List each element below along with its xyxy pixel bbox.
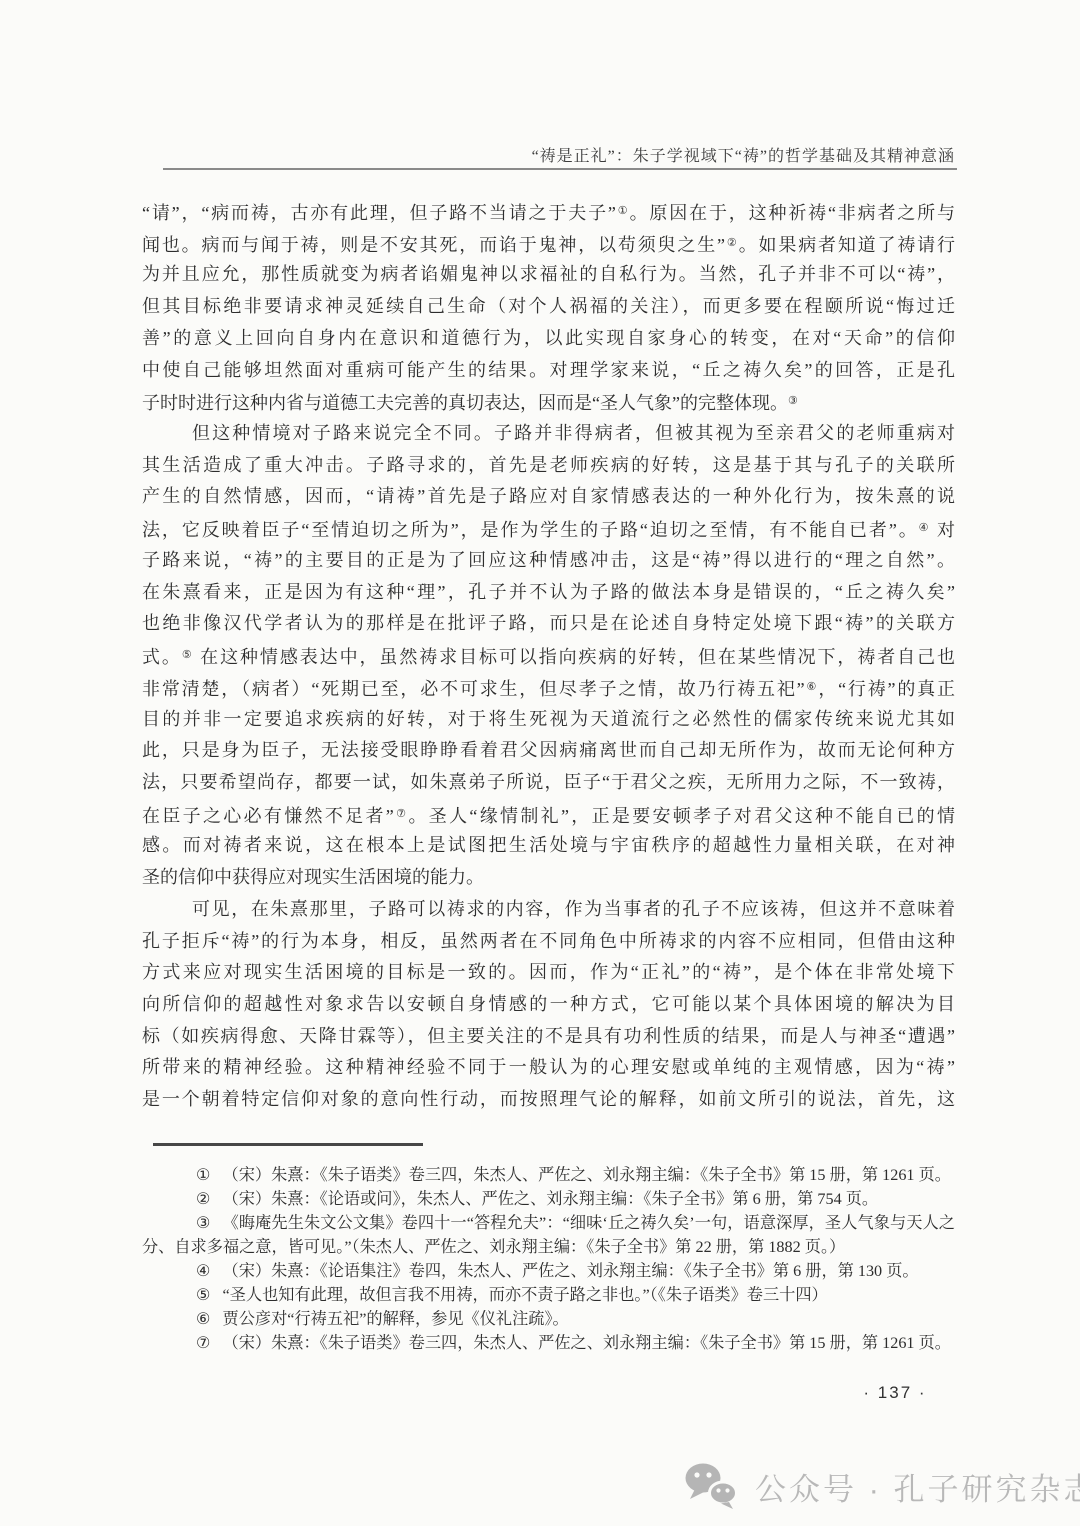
footnote-item: ①（宋）朱熹：《朱子语类》卷三四，朱杰人、严佐之、刘永翔主编：《朱子全书》第 1… bbox=[142, 1163, 955, 1187]
footnote-marker: ⑤ bbox=[196, 1286, 211, 1304]
body-line: 子时时进行这种内省与道德工夫完善的真切表达，因而是“圣人气象”的完整体现。③ bbox=[142, 386, 955, 418]
body-line: 感。而对祷者来说，这在根本上是试图把生活处境与宇宙秩序的超越性力量相关联，在对神 bbox=[142, 830, 955, 862]
header-rule bbox=[163, 168, 957, 170]
footnote-separator bbox=[153, 1143, 423, 1146]
footnote-marker: ① bbox=[196, 1166, 211, 1184]
body-line: 闻也。病而与闻于祷，则是不安其死，而谄于鬼神，以苟须臾之生”②。如果病者知道了祷… bbox=[142, 228, 955, 260]
body-line: 向所信仰的超越性对象求告以安顿自身情感的一种方式，它可能以某个具体困境的解决为目 bbox=[142, 989, 955, 1021]
footnote-text: 《晦庵先生朱文公文集》卷四十一“答程允夫”：“细味‘丘之祷久矣’一句，语意深厚，… bbox=[142, 1214, 955, 1256]
body-line: 是一个朝着特定信仰对象的意向性行动，而按照理气论的解释，如前文所引的说法，首先，… bbox=[142, 1084, 955, 1116]
body-line: 标（如疾病得愈、天降甘霖等），但主要关注的不是具有功利性质的结果，而是人与神圣“… bbox=[142, 1021, 955, 1053]
footnote-item: ④（宋）朱熹：《论语集注》卷四，朱杰人、严佐之、刘永翔主编：《朱子全书》第 6 … bbox=[142, 1259, 955, 1283]
body-line: 在朱熹看来，正是因为有这种“理”，孔子并不认为子路的做法本身是错误的，“丘之祷久… bbox=[142, 577, 955, 609]
footnote-marker: ② bbox=[196, 1190, 211, 1208]
body-line: 圣的信仰中获得应对现实生活困境的能力。 bbox=[142, 862, 955, 894]
watermark-label: 公众号 · 孔子研究杂志 bbox=[755, 1464, 1080, 1509]
footnote-text: “圣人也知有此理，故但言我不用祷，而亦不责子路之非也。”（《朱子语类》卷三十四） bbox=[223, 1286, 828, 1304]
body-line: 其生活造成了重大冲击。子路寻求的，首先是老师疾病的好转，这是基于其与孔子的关联所 bbox=[142, 450, 955, 482]
body-line: 但其目标绝非要请求神灵延续自己生命（对个人祸福的关注），而更多要在程颐所说“悔过… bbox=[142, 291, 955, 323]
body-line: 方式来应对现实生活困境的目标是一致的。因而，作为“正礼”的“祷”，是个体在非常处… bbox=[142, 957, 955, 989]
body-line: 产生的自然情感，因而，“请祷”首先是子路应对自家情感表达的一种外化行为，按朱熹的… bbox=[142, 481, 955, 513]
body-line: 非常清楚，（病者）“死期已至，必不可求生，但尽孝子之情，故乃行祷五祀”⑥，“行祷… bbox=[142, 672, 955, 704]
body-line: 也绝非像汉代学者认为的那样是在批评子路，而只是在论述自身特定处境下跟“祷”的关联… bbox=[142, 608, 955, 640]
body-line: 目的并非一定要追求疾病的好转，对于将生死视为天道流行之必然性的儒家传统来说尤其如 bbox=[142, 704, 955, 736]
body-line: 此，只是身为臣子，无法接受眼睁睁看着君父因病痛离世而自己却无所作为，故而无论何种… bbox=[142, 735, 955, 767]
body-line: 可见，在朱熹那里，子路可以祷求的内容，作为当事者的孔子不应该祷，但这并不意味着 bbox=[142, 894, 955, 926]
wechat-icon bbox=[682, 1462, 740, 1510]
body-line: 孔子拒斥“祷”的行为本身，相反，虽然两者在不同角色中所祷求的内容不应相同，但借由… bbox=[142, 926, 955, 958]
body-line: 式。⑤ 在这种情感表达中，虽然祷求目标可以指向疾病的好转，但在某些情况下，祷者自… bbox=[142, 640, 955, 672]
footnote-marker: ④ bbox=[196, 1262, 211, 1280]
footnote-item: ③《晦庵先生朱文公文集》卷四十一“答程允夫”：“细味‘丘之祷久矣’一句，语意深厚… bbox=[142, 1211, 955, 1259]
body-line: 为并且应允，那性质就变为病者谄媚鬼神以求福祉的自私行为。当然，孔子并非不可以“祷… bbox=[142, 259, 955, 291]
footnote-text: （宋）朱熹：《论语集注》卷四，朱杰人、严佐之、刘永翔主编：《朱子全书》第 6 册… bbox=[223, 1262, 919, 1280]
footnote-item: ⑦（宋）朱熹：《朱子语类》卷三四，朱杰人、严佐之、刘永翔主编：《朱子全书》第 1… bbox=[142, 1331, 955, 1355]
footnote-text: （宋）朱熹：《论语或问》，朱杰人、严佐之、刘永翔主编：《朱子全书》第 6 册，第… bbox=[223, 1190, 879, 1208]
body-line: 法，它反映着臣子“至情迫切之所为”，是作为学生的子路“迫切之至情，有不能自已者”… bbox=[142, 513, 955, 545]
body-line: 中使自己能够坦然面对重病可能产生的结果。对理学家来说，“丘之祷久矣”的回答，正是… bbox=[142, 355, 955, 387]
body-line: 但这种情境对子路来说完全不同。子路并非得病者，但被其视为至亲君父的老师重病对 bbox=[142, 418, 955, 450]
body-line: 所带来的精神经验。这种精神经验不同于一般认为的心理安慰或单纯的主观情感，因为“祷… bbox=[142, 1052, 955, 1084]
body-line: “请”，“病而祷，古亦有此理，但子路不当请之于夫子”①。原因在于，这种祈祷“非病… bbox=[142, 196, 955, 228]
footnote-list: ①（宋）朱熹：《朱子语类》卷三四，朱杰人、严佐之、刘永翔主编：《朱子全书》第 1… bbox=[142, 1163, 955, 1355]
footnote-marker: ③ bbox=[196, 1214, 211, 1232]
body-line: 子路来说，“祷”的主要目的正是为了回应这种情感冲击，这是“祷”得以进行的“理之自… bbox=[142, 545, 955, 577]
footnote-text: （宋）朱熹：《朱子语类》卷三四，朱杰人、严佐之、刘永翔主编：《朱子全书》第 15… bbox=[223, 1334, 951, 1352]
document-page: “祷是正礼”：朱子学视域下“祷”的哲学基础及其精神意涵 “请”，“病而祷，古亦有… bbox=[0, 0, 1080, 1526]
footnote-marker: ⑥ bbox=[196, 1310, 211, 1328]
footnote-marker: ⑦ bbox=[196, 1334, 211, 1352]
footnote-text: 贾公彦对“行祷五祀”的解释，参见《仪礼注疏》。 bbox=[223, 1310, 569, 1328]
footnote-item: ⑥贾公彦对“行祷五祀”的解释，参见《仪礼注疏》。 bbox=[142, 1307, 955, 1331]
body-line: 法，只要希望尚存，都要一试，如朱熹弟子所说，臣子“于君父之疾，无所用力之际，不一… bbox=[142, 767, 955, 799]
footnote-text: （宋）朱熹：《朱子语类》卷三四，朱杰人、严佐之、刘永翔主编：《朱子全书》第 15… bbox=[223, 1166, 951, 1184]
body-line: 善”的意义上回向自身内在意识和道德行为，以此实现自家身心的转变，在对“天命”的信… bbox=[142, 323, 955, 355]
running-header-title: “祷是正礼”：朱子学视域下“祷”的哲学基础及其精神意涵 bbox=[142, 143, 955, 166]
body-line: 在臣子之心必有慊然不足者”⑦。圣人“缘情制礼”，正是要安顿孝子对君父这种不能自已… bbox=[142, 799, 955, 831]
page-number: · 137 · bbox=[845, 1383, 945, 1403]
footnote-item: ②（宋）朱熹：《论语或问》，朱杰人、严佐之、刘永翔主编：《朱子全书》第 6 册，… bbox=[142, 1187, 955, 1211]
footnote-item: ⑤“圣人也知有此理，故但言我不用祷，而亦不责子路之非也。”（《朱子语类》卷三十四… bbox=[142, 1283, 955, 1307]
watermark: 公众号 · 孔子研究杂志 bbox=[682, 1460, 1080, 1512]
body-text: “请”，“病而祷，古亦有此理，但子路不当请之于夫子”①。原因在于，这种祈祷“非病… bbox=[142, 196, 955, 1116]
